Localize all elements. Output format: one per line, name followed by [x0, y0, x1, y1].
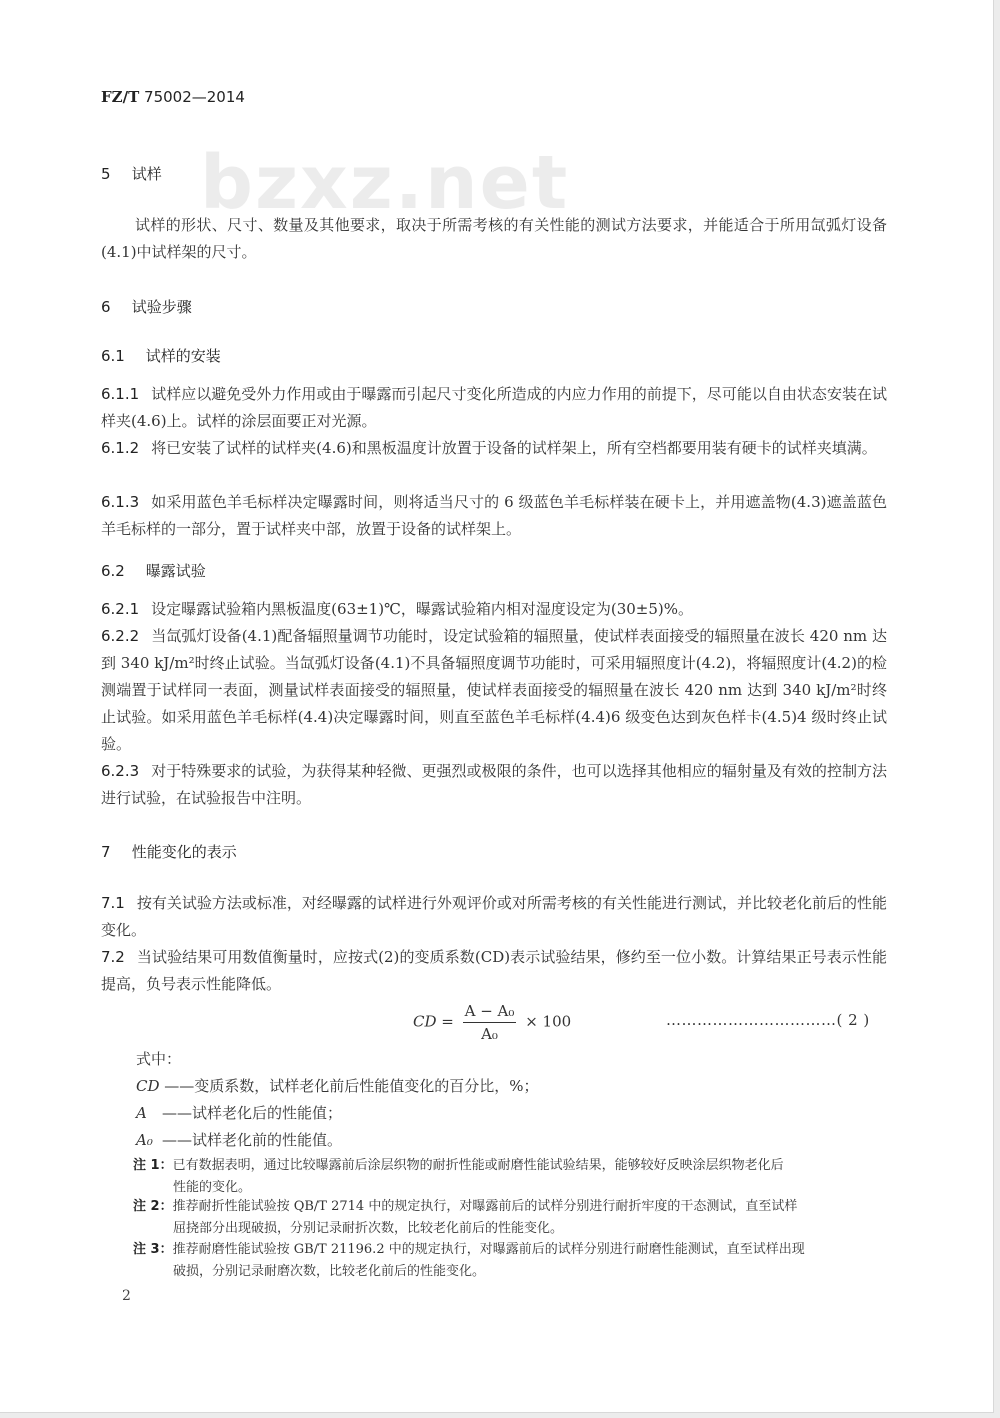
- clause-6-1-2: 6.1.2将已安装了试样的试样夹(4.6)和黑板温度计放置于设备的试样架上，所有…: [101, 435, 887, 462]
- definition-item: CD ——变质系数，试样老化前后性能值变化的百分比，%；: [136, 1073, 539, 1100]
- note-2: 注 2：推荐耐折性能试验按 QB/T 2714 中的规定执行，对曝露前后的试样分…: [133, 1196, 887, 1240]
- clause-6-1-1: 6.1.1试样应以避免受外力作用或由于曝露而引起尺寸变化所造成的内应力作用的前提…: [101, 381, 887, 435]
- standard-prefix: FZ/T: [101, 88, 139, 106]
- standard-number: 75002—2014: [144, 88, 245, 106]
- note-3: 注 3：推荐耐磨性能试验按 GB/T 21196.2 中的规定执行，对曝露前后的…: [133, 1239, 887, 1283]
- clause-6-2-2: 6.2.2当氙弧灯设备(4.1)配备辐照量调节功能时，设定试验箱的辐照量，使试样…: [101, 623, 887, 758]
- clause-7-2: 7.2当试验结果可用数值衡量时，应按式(2)的变质系数(CD)表示试验结果，修约…: [101, 944, 887, 998]
- formula-numerator: A − A₀: [463, 1002, 517, 1023]
- definitions-intro: 式中：: [136, 1046, 181, 1073]
- document-page: bzxz.net FZ/T 75002—2014 5 试样 试样的形状、尺寸、数…: [0, 0, 994, 1413]
- page-number: 2: [122, 1288, 131, 1304]
- equation-number: ……………………………( 2 ): [666, 1011, 870, 1029]
- heading-section-6: 6 试验步骤: [101, 296, 192, 317]
- definition-item: A——试样老化后的性能值；: [136, 1100, 342, 1127]
- definition-item: A₀——试样老化前的性能值。: [136, 1127, 342, 1154]
- formula-multiplier: × 100: [525, 1013, 571, 1031]
- clause-6-2-1: 6.2.1设定曝露试验箱内黑板温度(63±1)℃，曝露试验箱内相对湿度设定为(3…: [101, 596, 887, 623]
- heading-section-7: 7 性能变化的表示: [101, 841, 237, 862]
- formula-denominator: A₀: [463, 1023, 517, 1043]
- note-1: 注 1：已有数据表明，通过比较曝露前后涂层织物的耐折性能或耐磨性能试验结果，能够…: [133, 1155, 887, 1199]
- standard-code: FZ/T 75002—2014: [101, 88, 245, 106]
- heading-section-6-1: 6.1 试样的安装: [101, 345, 221, 366]
- heading-section-6-2: 6.2 曝露试验: [101, 560, 206, 581]
- heading-section-5: 5 试样: [101, 163, 162, 184]
- formula-lhs: CD =: [413, 1013, 454, 1031]
- section-5-body: 试样的形状、尺寸、数量及其他要求，取决于所需考核的有关性能的测试方法要求，并能适…: [101, 212, 887, 266]
- clause-6-2-3: 6.2.3对于特殊要求的试验，为获得某种轻微、更强烈或极限的条件，也可以选择其他…: [101, 758, 887, 812]
- clause-6-1-3: 6.1.3如采用蓝色羊毛标样决定曝露时间，则将适当尺寸的 6 级蓝色羊毛标样装在…: [101, 489, 887, 543]
- formula-cd: CD = A − A₀ A₀ × 100: [413, 1002, 571, 1043]
- clause-7-1: 7.1按有关试验方法或标准，对经曝露的试样进行外观评价或对所需考核的有关性能进行…: [101, 890, 887, 944]
- formula-fraction: A − A₀ A₀: [463, 1002, 517, 1043]
